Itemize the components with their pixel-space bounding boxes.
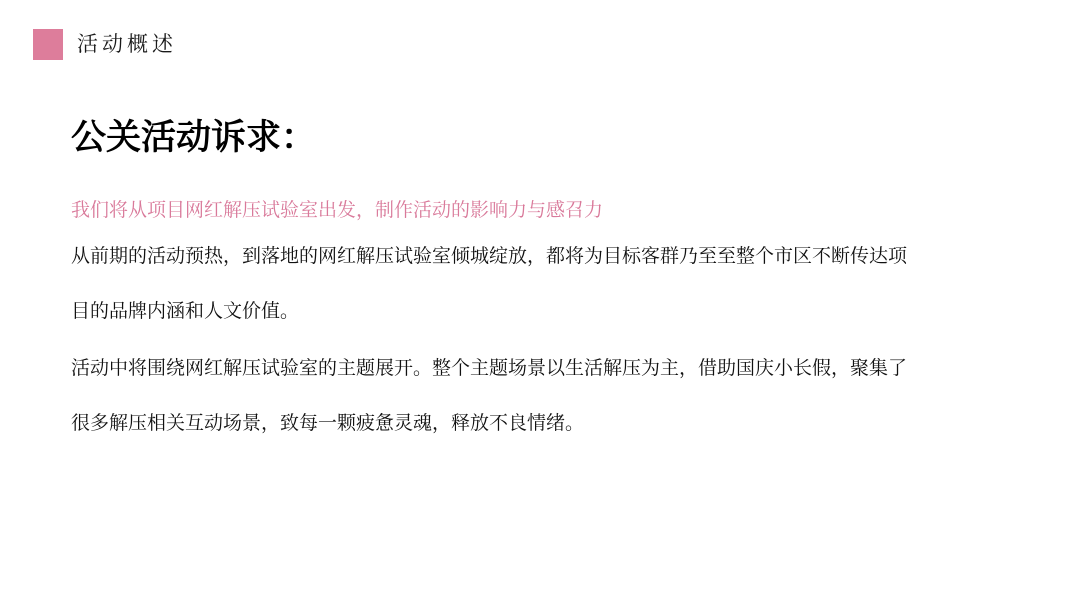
paragraph-1-line-2: 目的品牌内涵和人文价值。 [71,297,299,325]
page-heading: 公关活动诉求： [71,115,316,161]
paragraph-2-line-2: 很多解压相关互动场景，致每一颗疲惫灵魂，释放不良情绪。 [71,409,584,437]
section-marker [33,29,63,60]
highlight-subtitle: 我们将从项目网红解压试验室出发，制作活动的影响力与感召力 [71,196,603,224]
section-title: 活动概述 [77,30,177,58]
paragraph-1-line-1: 从前期的活动预热，到落地的网红解压试验室倾城绽放，都将为目标客群乃至至整个市区不… [71,242,907,270]
paragraph-2-line-1: 活动中将围绕网红解压试验室的主题展开。整个主题场景以生活解压为主，借助国庆小长假… [71,354,907,382]
